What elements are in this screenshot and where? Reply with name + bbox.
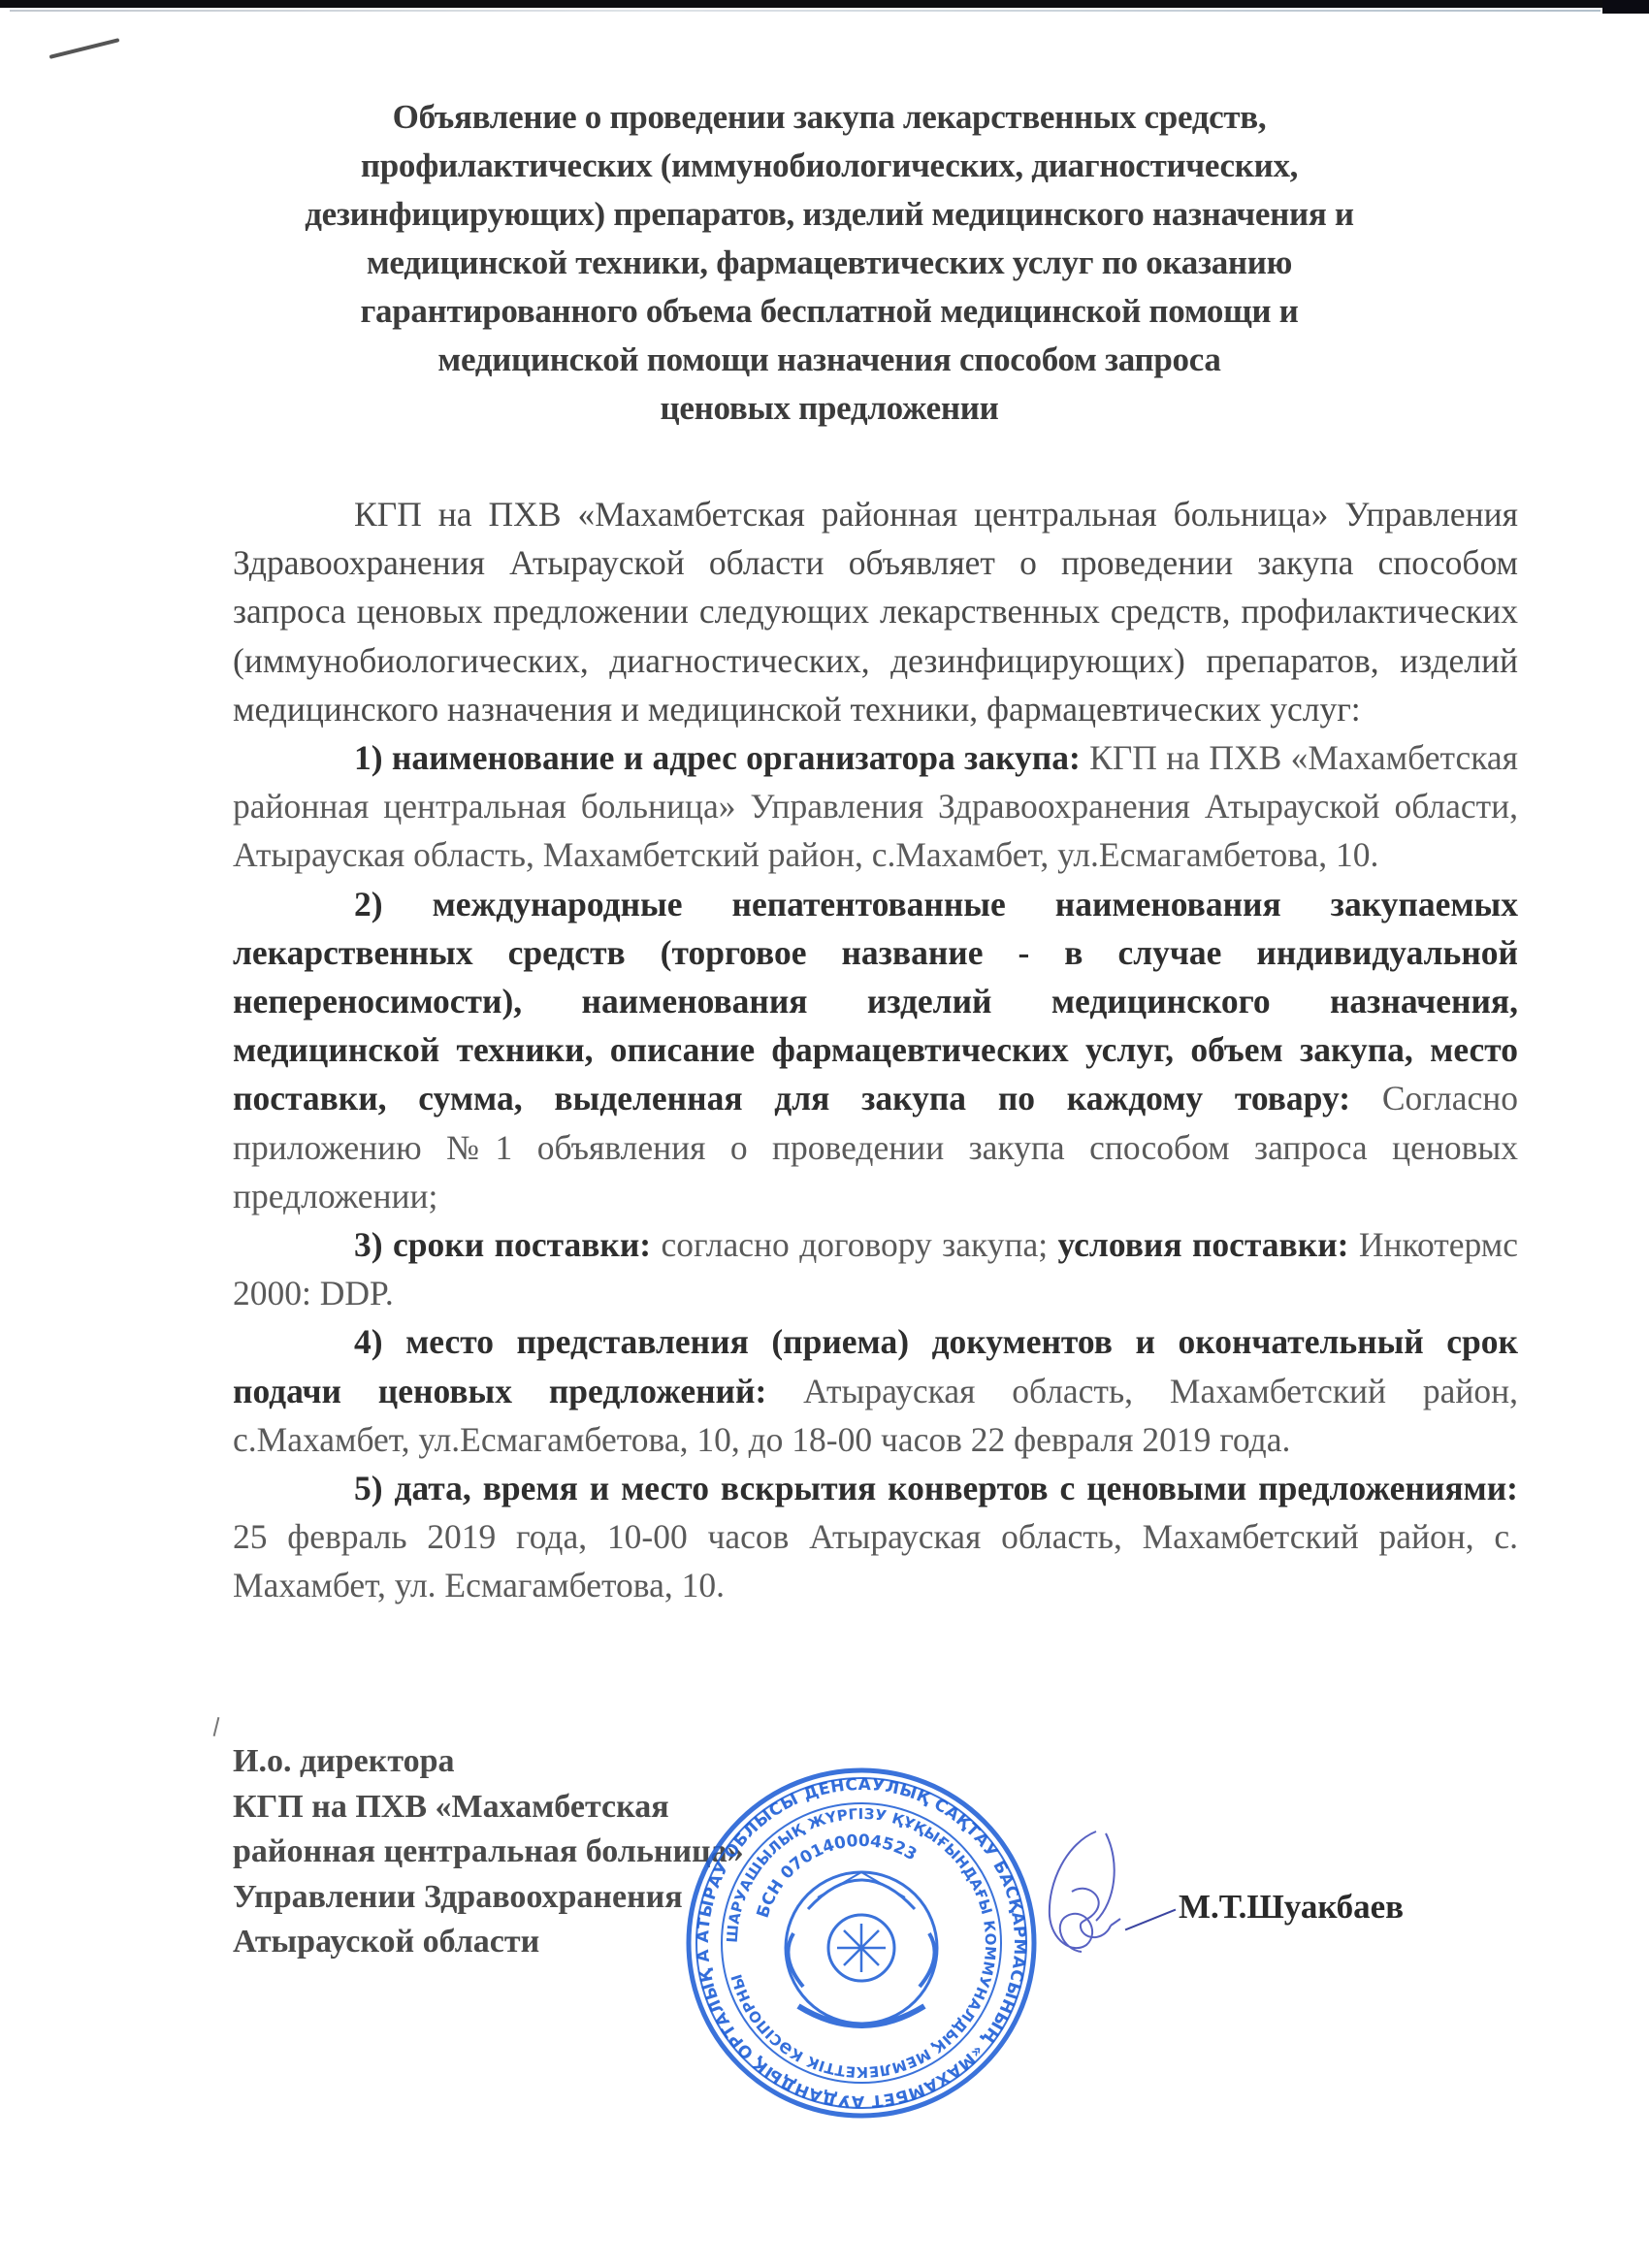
title-line: ценовых предложении <box>233 384 1426 433</box>
scan-edge-top <box>0 0 1649 8</box>
intro-paragraph: КГП на ПХВ «Махамбетская районная центра… <box>233 490 1518 733</box>
official-stamp-icon: АТЫРАУ ОБЛЫСЫ ДЕНСАУЛЫҚ САҚТАУ БАСҚАРМАС… <box>682 1764 1041 2122</box>
document-body: КГП на ПХВ «Махамбетская районная центра… <box>233 490 1518 1610</box>
title-line: дезинфицирующих) препаратов, изделий мед… <box>233 190 1426 239</box>
signer-name: М.Т.Шуакбаев <box>1179 1888 1404 1927</box>
item-number: 5) <box>354 1469 383 1507</box>
title-line: медицинской техники, фармацевтических ус… <box>233 239 1426 287</box>
item-1: 1) наименование и адрес организатора зак… <box>233 733 1518 880</box>
item-label: сроки поставки: <box>393 1225 651 1264</box>
item-label: наименование и адрес организатора закупа… <box>392 738 1081 777</box>
item-label: дата, время и место вскрытия конвертов с… <box>395 1469 1519 1507</box>
item-number: 2) <box>354 885 383 923</box>
scan-edge-corner <box>1602 0 1649 14</box>
document-title: Объявление о проведении закупа лекарстве… <box>233 93 1426 433</box>
item-label-secondary: условия поставки: <box>1058 1225 1349 1264</box>
scan-edge-line <box>10 10 1600 12</box>
item-text: 25 февраль 2019 года, 10-00 часов Атырау… <box>233 1517 1518 1604</box>
item-5: 5) дата, время и место вскрытия конверто… <box>233 1464 1518 1610</box>
item-2: 2) международные непатентованные наимено… <box>233 880 1518 1220</box>
pen-tick <box>213 1717 220 1736</box>
item-text: согласно договору закупа; <box>662 1225 1049 1264</box>
title-line: гарантированного объема бесплатной медиц… <box>233 287 1426 336</box>
title-line: профилактических (иммунобиологических, д… <box>233 142 1426 190</box>
title-line: Объявление о проведении закупа лекарстве… <box>233 93 1426 142</box>
handwritten-signature-icon <box>1028 1824 1135 1969</box>
item-3: 3) сроки поставки: согласно договору зак… <box>233 1220 1518 1317</box>
item-number: 1) <box>354 738 383 777</box>
item-number: 4) <box>354 1322 383 1361</box>
pen-mark <box>49 38 120 59</box>
item-label: международные непатентованные наименован… <box>233 885 1518 1118</box>
title-line: медицинской помощи назначения способом з… <box>233 336 1426 384</box>
item-4: 4) место представления (приема) документ… <box>233 1317 1518 1464</box>
item-number: 3) <box>354 1225 383 1264</box>
